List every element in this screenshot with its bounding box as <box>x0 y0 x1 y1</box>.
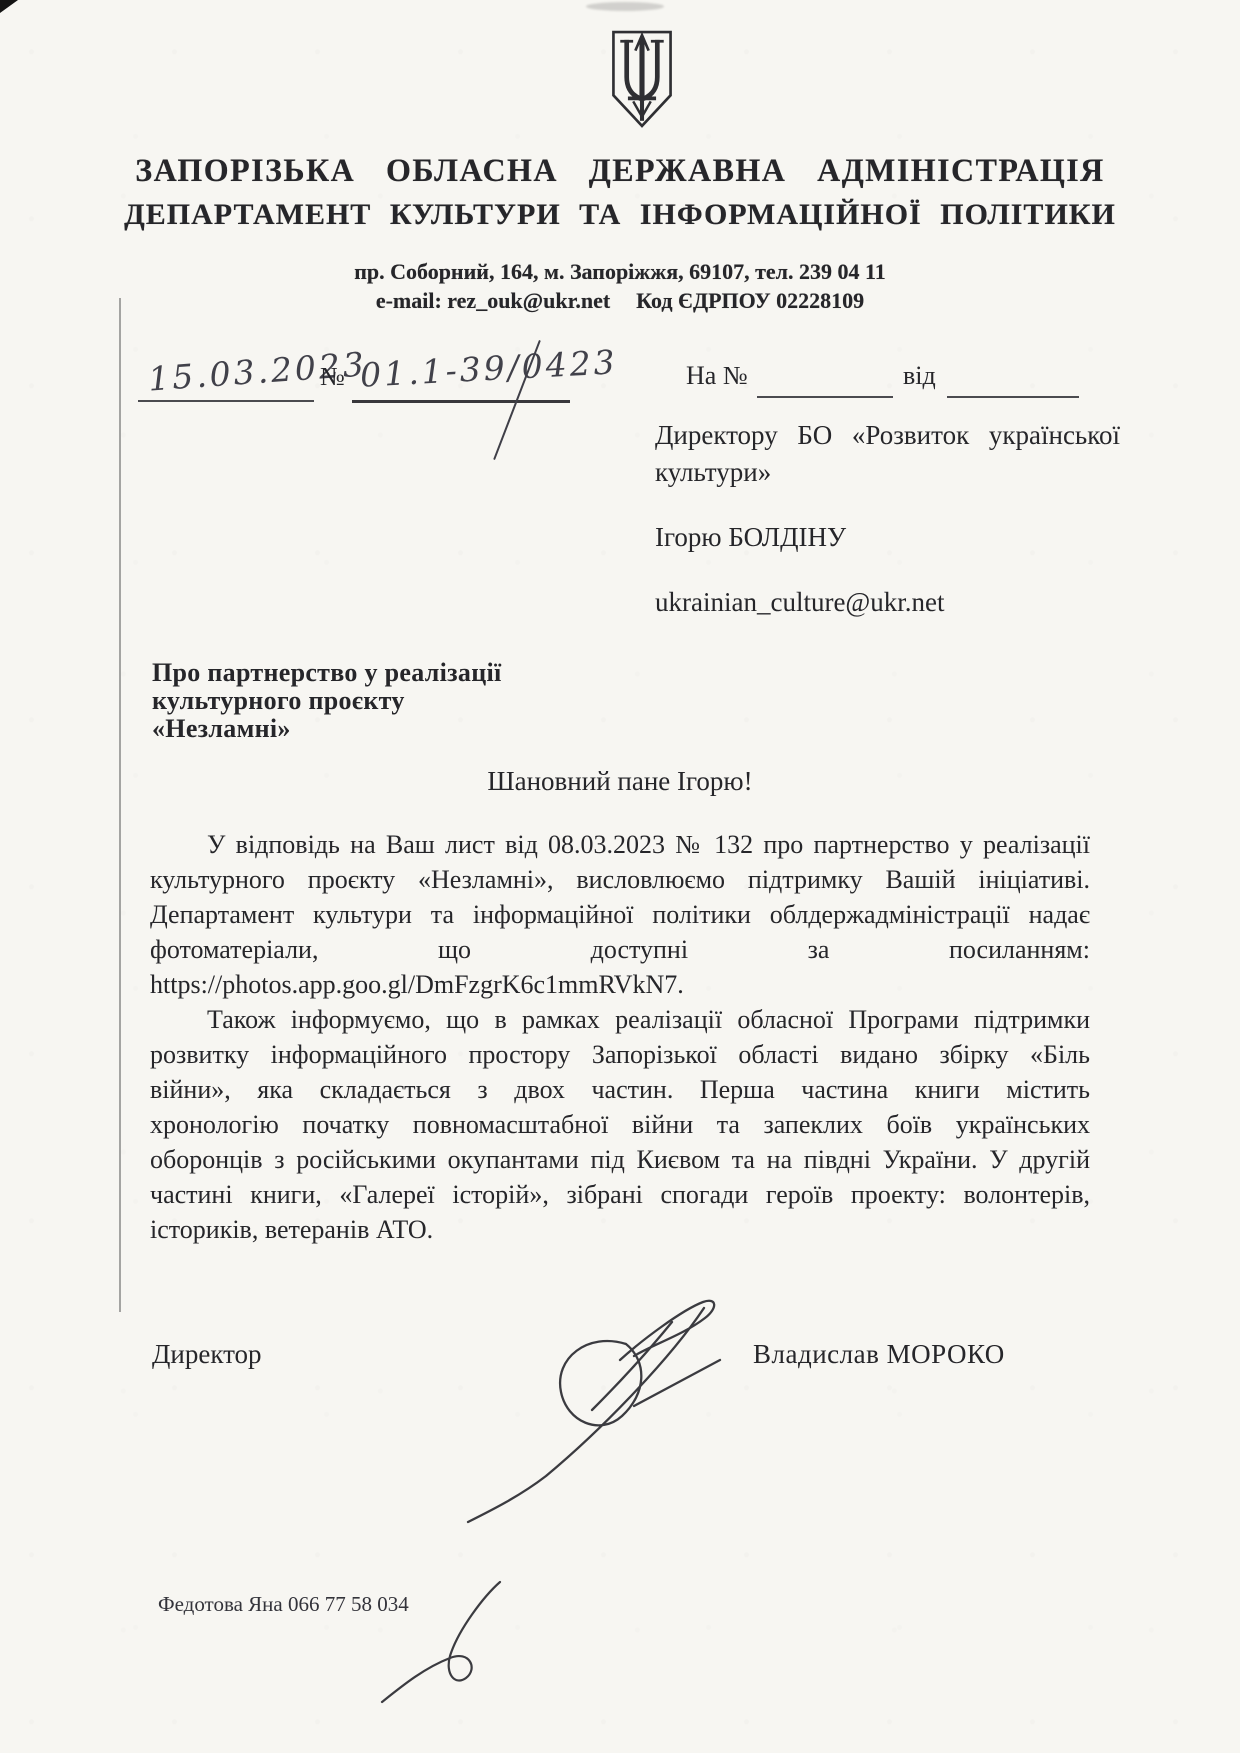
body-line: частині книги, «Галереї історій», зібран… <box>150 1177 1090 1212</box>
subject-line-3: «Незламні» <box>152 715 582 743</box>
subject-block: Про партнерство у реалізації культурного… <box>152 659 582 743</box>
body-line: розвитку інформаційного простору Запоріз… <box>150 1037 1090 1072</box>
signer-name: Владислав МОРОКО <box>753 1339 1005 1370</box>
body-line: істориків, ветеранів АТО. <box>150 1212 1090 1247</box>
body-line: війни», яка складається з двох частин. П… <box>150 1072 1090 1107</box>
scan-edge-line-artifact <box>119 298 121 1312</box>
body-line: Департамент культури та інформаційної по… <box>150 897 1090 932</box>
letter-body: У відповідь на Ваш лист від 08.03.2023 №… <box>150 827 1090 1247</box>
body-line: Також інформуємо, що в рамках реалізації… <box>150 1002 1090 1037</box>
body-line: https://photos.app.goo.gl/DmFzgrK6c1mmRV… <box>150 967 1090 1002</box>
scan-corner-artifact <box>0 0 18 13</box>
recipient-line-1: Директору БО «Розвиток української <box>655 418 1120 452</box>
incoming-date-label: від <box>903 361 936 391</box>
recipient-name: Ігорю БОЛДІНУ <box>655 520 1120 554</box>
org-name-line-1: ЗАПОРІЗЬКА ОБЛАСНА ДЕРЖАВНА АДМІНІСТРАЦІ… <box>19 153 1222 190</box>
subject-line-2: культурного проєкту <box>152 687 582 715</box>
org-name-line-2: ДЕПАРТАМЕНТ КУЛЬТУРИ ТА ІНФОРМАЦІЙНОЇ ПО… <box>0 198 1240 232</box>
date-underline <box>138 400 314 402</box>
recipient-line-2: культури» <box>655 455 1120 489</box>
salutation: Шановний пане Ігорю! <box>150 766 1090 797</box>
org-address-line: пр. Соборний, 164, м. Запоріжжя, 69107, … <box>0 259 1240 285</box>
subject-line-1: Про партнерство у реалізації <box>152 659 582 687</box>
body-line: У відповідь на Ваш лист від 08.03.2023 №… <box>150 827 1090 862</box>
ref-number-underline <box>352 400 570 403</box>
scan-smudge-artifact <box>586 2 664 11</box>
executor-signature-icon <box>358 1566 518 1716</box>
body-line: культурного проєкту «Незламні», висловлю… <box>150 862 1090 897</box>
director-signature-icon <box>420 1248 740 1538</box>
body-line: фотоматеріали, що доступні за посиланням… <box>150 932 1090 967</box>
incoming-number-label: На № <box>686 361 748 391</box>
body-paragraph-2: Також інформуємо, що в рамках реалізації… <box>150 1002 1090 1247</box>
number-sign: № <box>320 362 345 392</box>
scanned-letter-page: ЗАПОРІЗЬКА ОБЛАСНА ДЕРЖАВНА АДМІНІСТРАЦІ… <box>0 0 1240 1753</box>
org-email: e-mail: rez_ouk@ukr.net <box>376 288 610 313</box>
org-contact-line: e-mail: rez_ouk@ukr.netКод ЄДРПОУ 022281… <box>0 288 1240 314</box>
incoming-number-blank-field <box>757 396 893 398</box>
body-paragraph-1: У відповідь на Ваш лист від 08.03.2023 №… <box>150 827 1090 1002</box>
org-edrpou-code: Код ЄДРПОУ 02228109 <box>636 288 864 313</box>
signer-title: Директор <box>152 1339 262 1370</box>
handwritten-ref-number: 01.1-39/0423 <box>359 342 618 394</box>
ukraine-trident-icon <box>608 28 676 130</box>
body-line: хронологію початку повномасштабної війни… <box>150 1107 1090 1142</box>
incoming-date-blank-field <box>947 396 1079 398</box>
body-line: оборонців з російськими окупантами під К… <box>150 1142 1090 1177</box>
recipient-email: ukrainian_culture@ukr.net <box>655 585 1120 619</box>
